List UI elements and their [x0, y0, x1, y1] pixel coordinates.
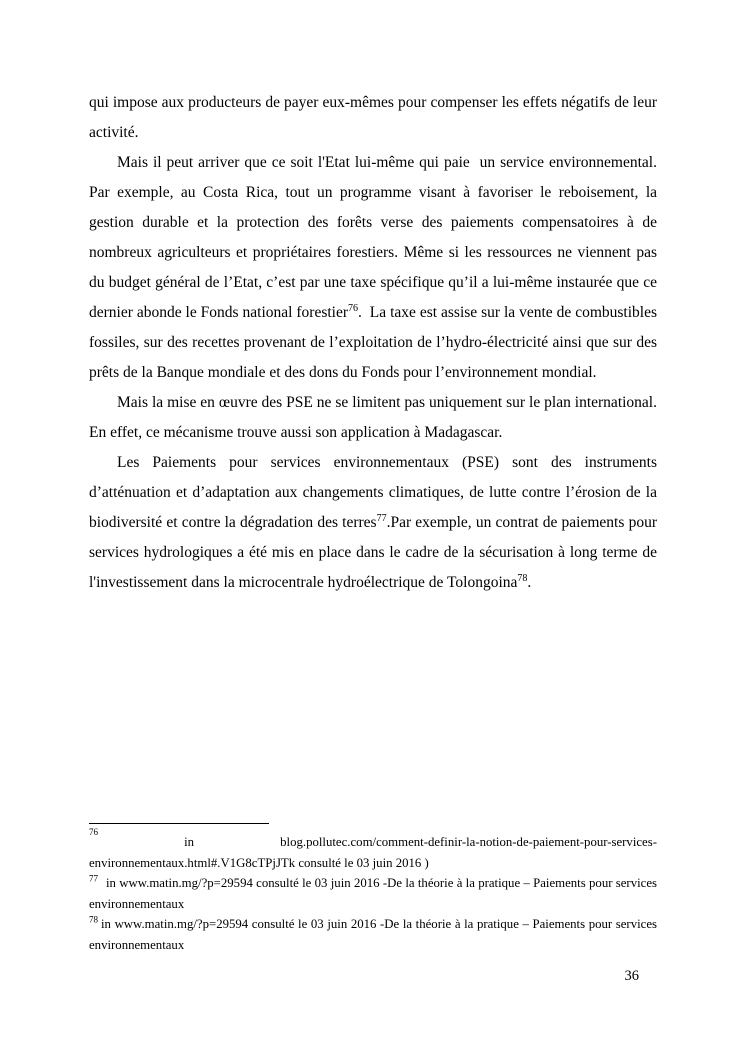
footnote-ref-76: 76 — [348, 303, 358, 314]
paragraph-pse-madagascar-text: Mais la mise en œuvre des PSE ne se limi… — [89, 394, 657, 441]
paragraph-pse-definition: Les Paiements pour services environnemen… — [89, 448, 657, 598]
paragraph-costa-rica: Mais il peut arriver que ce soit l'Etat … — [89, 148, 657, 388]
footnote-77-text: in www.matin.mg/?p=29594 consulté le 03 … — [89, 876, 657, 911]
footnote-76: 76 in blog.pollutec.com/comment-definir-… — [89, 832, 657, 873]
footnote-ref-78: 78 — [517, 573, 527, 584]
footnote-76-url-line1: blog.pollutec.com/comment-definir-la-not… — [280, 832, 657, 853]
footnote-78: 78in www.matin.mg/?p=29594 consulté le 0… — [89, 914, 657, 955]
footnote-77: 77in www.matin.mg/?p=29594 consulté le 0… — [89, 873, 657, 914]
paragraph-pse-madagascar: Mais la mise en œuvre des PSE ne se limi… — [89, 388, 657, 448]
footnote-76-line1: 76 in blog.pollutec.com/comment-definir-… — [89, 832, 657, 853]
footnote-77-marker: 77 — [89, 874, 98, 884]
footnote-separator — [89, 823, 269, 824]
paragraph-activity: qui impose aux producteurs de payer eux-… — [89, 88, 657, 148]
footnotes-section: 76 in blog.pollutec.com/comment-definir-… — [89, 823, 657, 955]
footnote-76-connector: in — [184, 832, 194, 853]
paragraph-pse-definition-text-end: . — [527, 574, 531, 591]
footnote-76-line2: environnementaux.html#.V1G8cTPjJTk consu… — [89, 853, 657, 874]
body-text: qui impose aux producteurs de payer eux-… — [89, 88, 657, 598]
footnote-78-text: in www.matin.mg/?p=29594 consulté le 03 … — [89, 917, 657, 952]
document-page: qui impose aux producteurs de payer eux-… — [0, 0, 745, 1053]
footnote-78-marker: 78 — [89, 915, 98, 925]
paragraph-activity-text: qui impose aux producteurs de payer eux-… — [89, 94, 657, 141]
footnote-ref-77: 77 — [377, 513, 387, 524]
page-number: 36 — [625, 966, 640, 986]
paragraph-costa-rica-text: Mais il peut arriver que ce soit l'Etat … — [89, 154, 657, 321]
